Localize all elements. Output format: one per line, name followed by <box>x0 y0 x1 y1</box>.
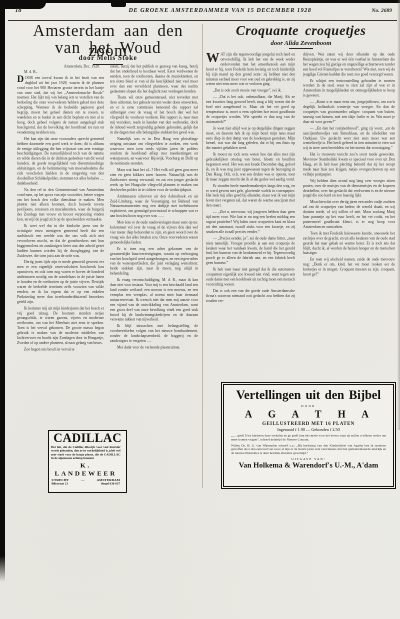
drop-cap: W <box>206 52 221 63</box>
cadillac-brand: CADILLAC <box>49 432 126 445</box>
dateline: Amsterdam, Dec. 1928. <box>17 64 104 69</box>
newspaper-page: 18 DE GROENE AMSTERDAMMER VAN 15 DECEMBE… <box>0 0 400 619</box>
paragraph: Ik vraag verontschuldiging, M. d. R., ma… <box>110 278 198 323</box>
paragraph: Dat is ook een van die goede oude Amster… <box>206 288 295 303</box>
paragraph: Het kan zijn dat onze voorouders oprecht… <box>17 136 104 186</box>
paragraph: Toen ik met Frederik huiswaarts keerde, … <box>303 231 395 256</box>
column-divider-rule <box>202 24 203 488</box>
article-right-byline: door Alida Zevenboom <box>206 40 396 47</box>
cadillac-dash: — <box>81 477 85 481</box>
cadillac-dealer-name: K. LANDEWEER <box>50 461 122 477</box>
paragraph: Ik weet wel dat in die kindsche jaren va… <box>17 224 104 259</box>
bible-stories-ad: Vertellingen uit den Bijbel DOOR A G A T… <box>221 382 396 489</box>
paragraph: Je weet niet altijd wat je op dergelijke… <box>206 126 295 151</box>
paragraph: Er stonden heele mandenmakertjes langs d… <box>206 183 295 208</box>
cadillac-ad-copy: Het feit, dat de Cadillac dikwijls voor … <box>50 445 122 460</box>
paragraph: Thans wil onze gemeenteraad, niet tevred… <box>110 95 198 135</box>
scan-mark-top <box>111 0 126 7</box>
paragraph: Ik blijf intusschen met belangstelling d… <box>110 324 198 344</box>
article-right-title: Croquante croquetjes <box>206 23 396 39</box>
bible-ad-title: Vertellingen uit den Bijbel <box>224 388 393 403</box>
paragraph: Misschien dat over dertig jaren een ande… <box>303 200 395 230</box>
paragraph: Men leze er de oude raadsverslagen maar … <box>110 220 198 245</box>
paragraph: Maar wat baat het al...? Het volk wil ge… <box>110 168 198 193</box>
paragraph: DOOR een toeval kwam ik in het bezit van… <box>17 75 104 134</box>
paragraph: — „En dan het rozijnenbrood”, ging zij v… <box>303 126 395 151</box>
paragraph: Ik moest nu toch eens weten hoe dat alle… <box>206 152 295 182</box>
paragraph: Ambtenaren schreven uit den Achterhoek e… <box>110 194 198 219</box>
paragraph: Wij hebben dien avond nog lang over vroe… <box>303 178 395 198</box>
salutation: M. d. R., <box>17 69 104 74</box>
bible-ad-review-1: „..... geeft Uwe kinderen deze verhalen … <box>225 434 392 442</box>
article-left-column-1: Amsterdam, Dec. 1928. M. d. R., DOOR een… <box>17 64 104 428</box>
issue-number: No. 2689 <box>300 8 392 14</box>
paragraph: drijven. Wat zaten wij door elkander op … <box>303 52 395 77</box>
paragraph: WAT zijn die tegenwoordige jongelui toch… <box>206 52 295 87</box>
paragraph: — „Dat is het ook, onbetaalbaar, die Mar… <box>206 95 295 125</box>
paragraph: raken, hetzij dat het publiek er genoeg … <box>110 64 198 94</box>
scan-edge-left <box>0 0 5 556</box>
cadillac-address-right: Singel 636-637 <box>101 481 120 485</box>
bible-ad-door-label: DOOR <box>225 405 392 408</box>
bible-ad-review-2: Wijlen Ds. H. G. van Wijnmalen schreef o… <box>225 444 392 456</box>
paragraph: — „Komt u er maar eens om, jongejuffrouw… <box>303 100 395 125</box>
article-left-byline: door Melis Stoke <box>14 55 202 62</box>
cadillac-ad: CADILLAC Het feit, dat de Cadillac dikwi… <box>48 430 127 493</box>
article-left-column-2: raken, hetzij dat het publiek er genoeg … <box>110 64 198 488</box>
article-right-column-2: drijven. Wat zaten wij door elkander op … <box>303 52 395 378</box>
bible-ad-publisher-label: UITGAVE VAN: <box>225 457 392 461</box>
paragraph: Na den rel in den Gemeenteraad van Amste… <box>17 187 104 222</box>
article-signoff: Met dank voor de verleende plaatsruimte. <box>110 345 198 350</box>
paragraph: Er schijnt een tentoonstelling gehouden … <box>303 78 395 98</box>
paragraph: Er is toen nog een adres gekomen van de … <box>110 246 198 276</box>
bible-ad-subtitle: GEILLUSTREERD MET 16 PLATEN <box>225 422 392 427</box>
paragraph: — „Ziet u, mevrouw, wij jongeren hebben … <box>206 210 295 235</box>
article-right-column-1: WAT zijn die tegenwoordige jongelui toch… <box>206 52 295 378</box>
bible-ad-publisher: Van Holkema & Warendorf's U.-M., A'dam <box>225 461 392 470</box>
paragraph: Ik herinner mij uit mijn kinderjaren dat… <box>17 306 104 346</box>
paragraph: — „Precies eender, ja”, zei de oude dame… <box>206 236 295 266</box>
scan-edge-top <box>0 0 400 3</box>
cadillac-city-right: AMSTERDAM <box>97 477 120 481</box>
bible-ad-author: A G A T H A <box>229 409 393 421</box>
byline-rule-right <box>289 48 313 49</box>
paragraph: Dertig jaren tijds zijn er mede gemoeid … <box>17 260 104 305</box>
paragraph: Ik heb toen maar niet gezegd dat ik die … <box>206 267 295 287</box>
paragraph: Het is trouwens terecht zoo'n soort mode… <box>303 152 395 177</box>
scan-edge-left-fade <box>0 556 5 582</box>
cadillac-city-left: UTRECHT <box>52 477 69 481</box>
drop-cap: D <box>17 75 25 83</box>
bible-ad-prices: Ingenaaid f 1.90 — Gebonden f 2.50 <box>225 427 392 432</box>
cadillac-address-left: Biltstraat 21 <box>52 481 68 485</box>
paragraph: En toen wij afscheid namen, zeide de oud… <box>303 257 395 277</box>
paragraph: „Dat is ook zoo'n mooie van vroeger”, ze… <box>206 88 295 93</box>
paragraph: Namelijk was er in Den Haag een plotseli… <box>110 136 198 166</box>
paragraph: Zoo begon ons bosch in verval te <box>17 347 104 352</box>
page-number: 18 <box>15 7 22 14</box>
